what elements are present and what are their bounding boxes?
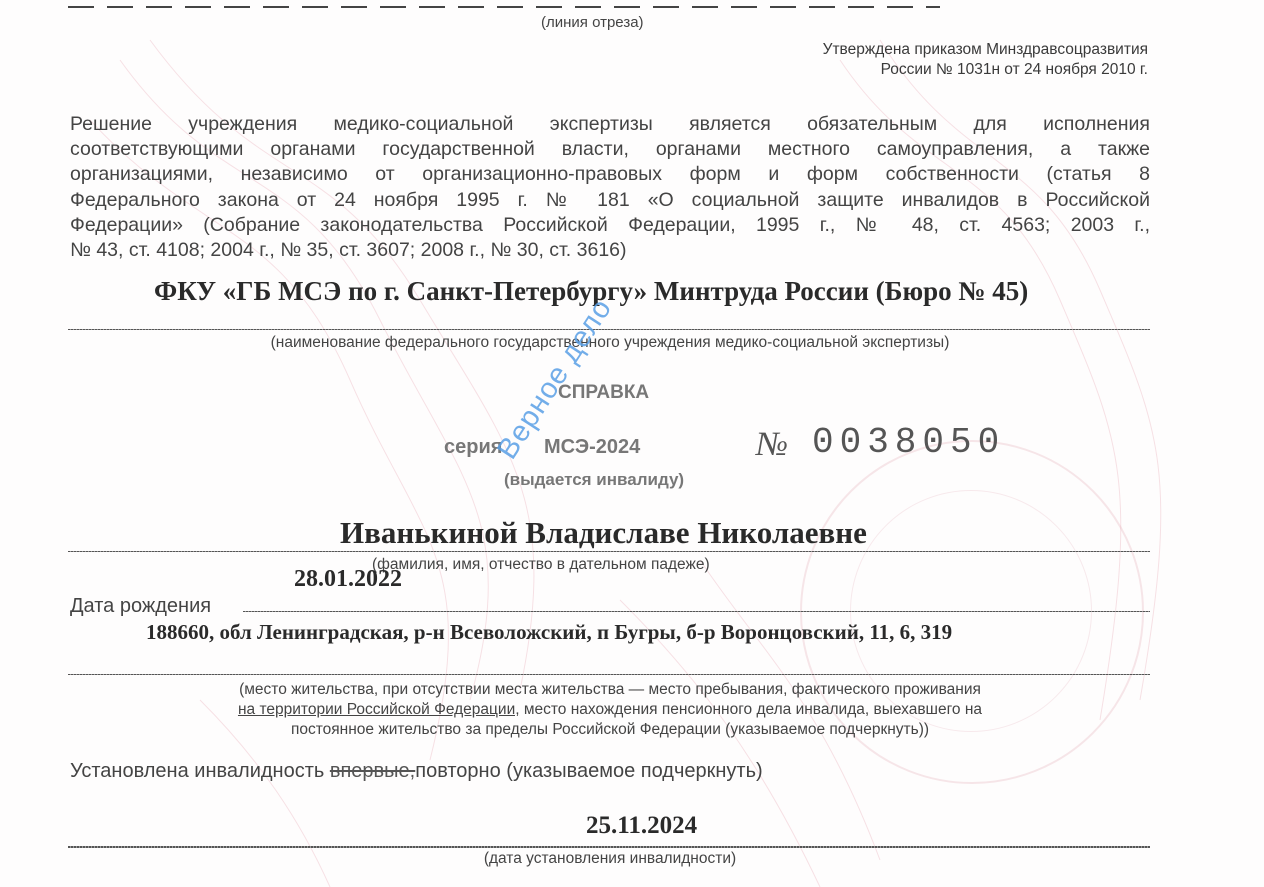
approval-note: Утверждена приказом Минздравсоцразвития … bbox=[823, 40, 1148, 80]
address-caption-line-1: (место жительства, при отсутствии места … bbox=[0, 680, 1220, 700]
disability-date-value: 25.11.2024 bbox=[586, 812, 697, 840]
series-value: МСЭ-2024 bbox=[544, 436, 640, 459]
issued-to-note: (выдается инвалиду) bbox=[504, 470, 684, 490]
legal-notice-line: Решение учреждения медико-социальной экс… bbox=[70, 112, 1150, 137]
address-caption-line-2: на территории Российской Федерации, мест… bbox=[0, 700, 1220, 720]
disability-note: (указываемое подчеркнуть) bbox=[506, 760, 762, 782]
recipient-caption: (фамилия, имя, отчество в дательном паде… bbox=[372, 556, 710, 574]
birth-date-rule bbox=[243, 611, 1150, 612]
certificate-title: СПРАВКА bbox=[558, 382, 649, 404]
number-sign: № bbox=[756, 426, 788, 464]
address-caption-underlined: на территории Российской Федерации, bbox=[238, 701, 520, 718]
institution-rule bbox=[68, 329, 1150, 330]
legal-notice: Решение учреждения медико-социальной экс… bbox=[70, 112, 1150, 263]
address-caption-line-3: постоянное жительство за пределы Российс… bbox=[0, 720, 1220, 740]
legal-notice-line: № 43, ст. 4108; 2004 г., № 35, ст. 3607;… bbox=[70, 238, 1150, 263]
legal-notice-line: соответствующими органами государственно… bbox=[70, 137, 1150, 162]
address-rule bbox=[68, 674, 1150, 675]
disability-label: Установлена инвалидность bbox=[70, 760, 324, 782]
disability-option-first: впервые, bbox=[330, 760, 415, 782]
disability-line: Установлена инвалидность впервые,повторн… bbox=[70, 760, 763, 783]
recipient-rule bbox=[68, 551, 1150, 552]
address-value: 188660, обл Ленинградская, р-н Всеволожс… bbox=[146, 620, 952, 645]
approval-line-2: России № 1031н от 24 ноября 2010 г. bbox=[823, 60, 1148, 80]
address-caption-rest: место нахождения пенсионного дела инвали… bbox=[520, 701, 982, 718]
cut-line-label: (линия отреза) bbox=[541, 14, 644, 31]
legal-notice-line: Федерального закона от 24 ноября 1995 г.… bbox=[70, 188, 1150, 213]
recipient-name: Иванькиной Владиславе Николаевне bbox=[340, 515, 867, 551]
birth-date-label: Дата рождения bbox=[70, 595, 211, 618]
disability-option-repeat: повторно bbox=[415, 760, 501, 782]
legal-notice-line: организациями, независимо от организацио… bbox=[70, 162, 1150, 187]
address-caption: (место жительства, при отсутствии места … bbox=[0, 680, 1220, 740]
certificate-number: 0038050 bbox=[812, 422, 1005, 463]
disability-date-caption: (дата установления инвалидности) bbox=[0, 850, 1220, 868]
legal-notice-line: Федерации» (Собрание законодательства Ро… bbox=[70, 213, 1150, 238]
disability-date-rule bbox=[68, 846, 1150, 848]
birth-date-value: 28.01.2022 bbox=[294, 566, 402, 593]
approval-line-1: Утверждена приказом Минздравсоцразвития bbox=[823, 40, 1148, 60]
cut-line bbox=[68, 6, 940, 8]
institution-caption: (наименование федерального государственн… bbox=[0, 334, 1220, 352]
